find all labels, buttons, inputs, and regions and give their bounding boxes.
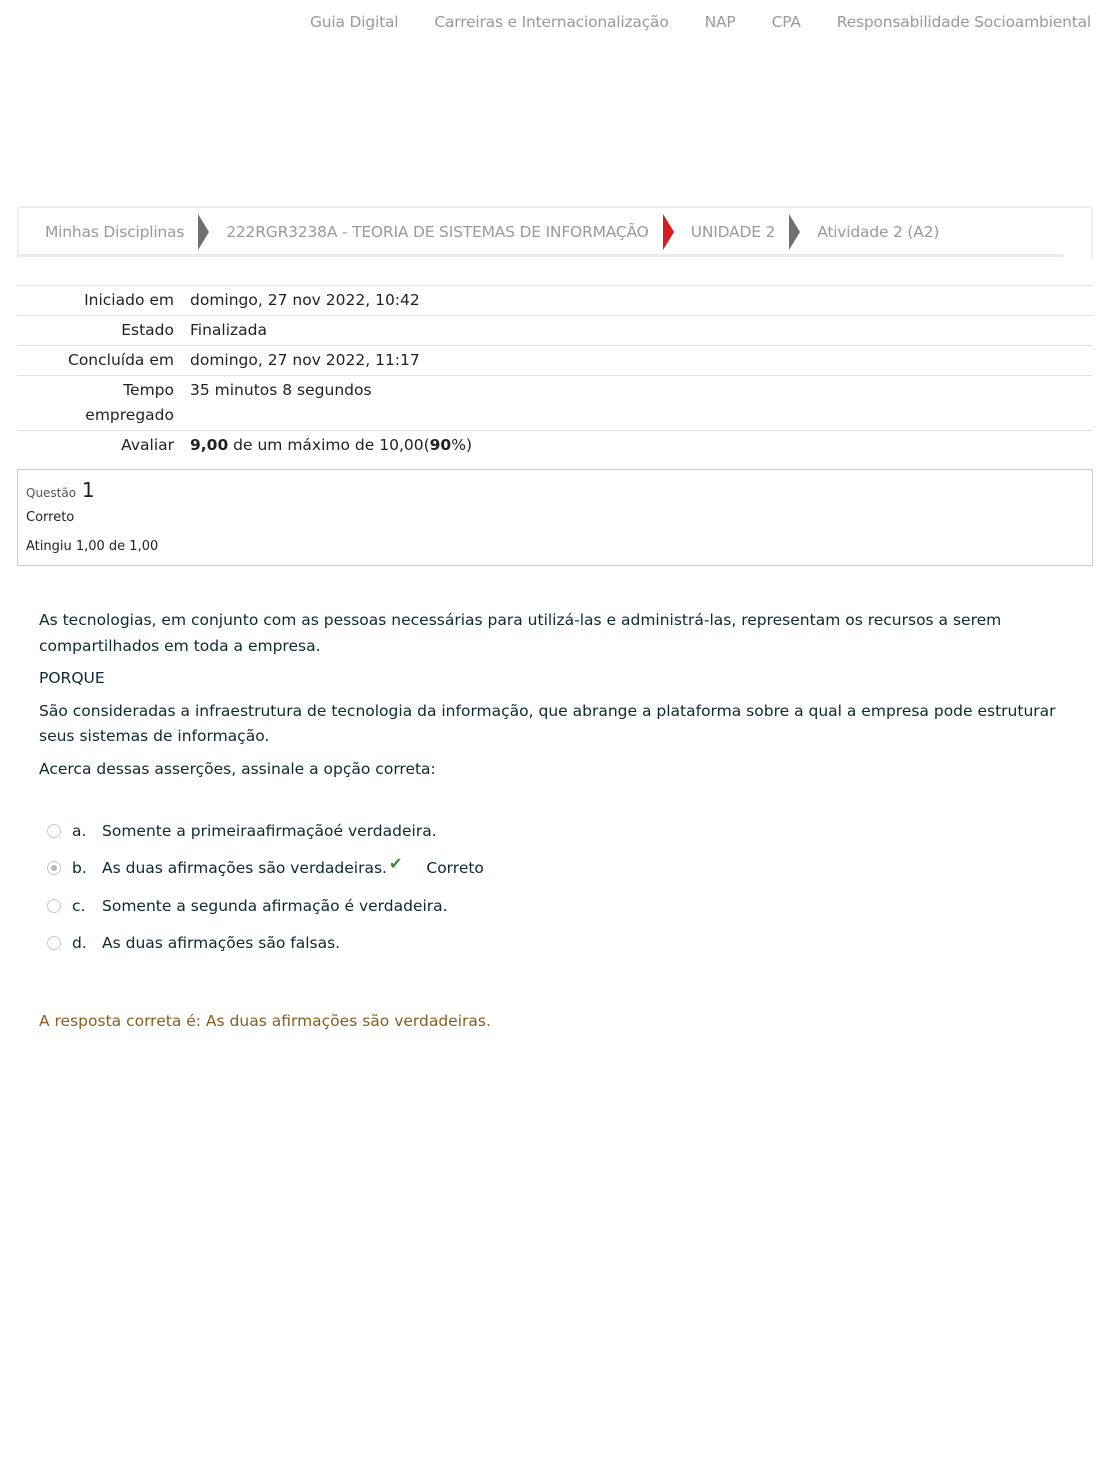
answer-text: Somente a primeiraafirmaçãoé verdadeira. bbox=[102, 822, 437, 840]
grade-score: 9,00 bbox=[190, 436, 228, 454]
state-value: Finalizada bbox=[174, 316, 1093, 346]
answer-option-b[interactable]: b. As duas afirmações são verdadeiras. ✔… bbox=[47, 850, 747, 888]
answer-letter: b. bbox=[72, 859, 102, 877]
breadcrumb-separator-arrow-icon bbox=[789, 214, 800, 250]
breadcrumb-activity[interactable]: Atividade 2 (A2) bbox=[800, 223, 953, 241]
grade-mid: de um máximo de 10,00( bbox=[228, 436, 429, 454]
nav-link-responsabilidade[interactable]: Responsabilidade Socioambiental bbox=[837, 13, 1091, 31]
nav-link-carreiras[interactable]: Carreiras e Internacionalização bbox=[434, 13, 668, 31]
completed-label: Concluída em bbox=[17, 346, 174, 376]
answer-text: Somente a segunda afirmação é verdadeira… bbox=[102, 897, 448, 915]
time-label: Tempoempregado bbox=[17, 376, 174, 431]
summary-row-started: Iniciado em domingo, 27 nov 2022, 10:42 bbox=[17, 286, 1093, 316]
radio-button[interactable] bbox=[47, 936, 61, 950]
question-number-value: 1 bbox=[82, 478, 95, 502]
summary-row-grade: Avaliar 9,00 de um máximo de 10,00(90%) bbox=[17, 431, 1093, 461]
question-info-box: Questão 1 Correto Atingiu 1,00 de 1,00 bbox=[17, 469, 1093, 566]
started-value: domingo, 27 nov 2022, 10:42 bbox=[174, 286, 1093, 316]
nav-link-nap[interactable]: NAP bbox=[705, 13, 736, 31]
summary-row-time: Tempoempregado 35 minutos 8 segundos bbox=[17, 376, 1093, 431]
nav-link-cpa[interactable]: CPA bbox=[772, 13, 801, 31]
question-paragraph: As tecnologias, em conjunto com as pesso… bbox=[39, 608, 1059, 659]
breadcrumb-separator-arrow-icon bbox=[663, 214, 674, 250]
time-label-line2: empregado bbox=[85, 406, 174, 424]
grade-end: %) bbox=[451, 436, 472, 454]
summary-row-state: Estado Finalizada bbox=[17, 316, 1093, 346]
question-text: As tecnologias, em conjunto com as pesso… bbox=[39, 608, 1059, 789]
answer-options: a. Somente a primeiraafirmaçãoé verdadei… bbox=[47, 812, 747, 962]
question-label: Questão bbox=[26, 486, 76, 500]
nav-link-guia-digital[interactable]: Guia Digital bbox=[310, 13, 398, 31]
breadcrumb: Minhas Disciplinas 222RGR3238A - TEORIA … bbox=[28, 212, 953, 252]
question-grade: Atingiu 1,00 de 1,00 bbox=[26, 539, 1084, 554]
answer-option-a[interactable]: a. Somente a primeiraafirmaçãoé verdadei… bbox=[47, 812, 747, 850]
question-number: Questão 1 bbox=[26, 478, 1084, 502]
grade-value: 9,00 de um máximo de 10,00(90%) bbox=[174, 431, 1093, 461]
answer-text: As duas afirmações são falsas. bbox=[102, 934, 340, 952]
grade-percent: 90 bbox=[430, 436, 452, 454]
started-label: Iniciado em bbox=[17, 286, 174, 316]
answer-letter: a. bbox=[72, 822, 102, 840]
answer-option-d[interactable]: d. As duas afirmações são falsas. bbox=[47, 925, 747, 963]
time-label-line1: Tempo bbox=[123, 381, 174, 399]
answer-letter: d. bbox=[72, 934, 102, 952]
answer-letter: c. bbox=[72, 897, 102, 915]
completed-value: domingo, 27 nov 2022, 11:17 bbox=[174, 346, 1093, 376]
breadcrumb-my-courses[interactable]: Minhas Disciplinas bbox=[28, 223, 198, 241]
question-state: Correto bbox=[26, 510, 1084, 525]
checkmark-icon: ✔ bbox=[389, 854, 402, 873]
right-answer-feedback: A resposta correta é: As duas afirmações… bbox=[39, 1012, 491, 1030]
attempt-summary-table: Iniciado em domingo, 27 nov 2022, 10:42 … bbox=[17, 285, 1093, 460]
top-navigation: Guia Digital Carreiras e Internacionaliz… bbox=[274, 10, 1091, 34]
radio-button[interactable] bbox=[47, 899, 61, 913]
question-paragraph: Acerca dessas asserções, assinale a opçã… bbox=[39, 757, 1059, 783]
radio-button[interactable] bbox=[47, 824, 61, 838]
summary-row-completed: Concluída em domingo, 27 nov 2022, 11:17 bbox=[17, 346, 1093, 376]
breadcrumb-unit[interactable]: UNIDADE 2 bbox=[674, 223, 790, 241]
time-value: 35 minutos 8 segundos bbox=[174, 376, 1093, 431]
breadcrumb-course[interactable]: 222RGR3238A - TEORIA DE SISTEMAS DE INFO… bbox=[209, 223, 662, 241]
question-paragraph: PORQUE bbox=[39, 666, 1059, 692]
answer-text: As duas afirmações são verdadeiras. bbox=[102, 859, 387, 877]
question-paragraph: São consideradas a infraestrutura de tec… bbox=[39, 699, 1059, 750]
radio-button-selected[interactable] bbox=[47, 861, 61, 875]
breadcrumb-divider bbox=[17, 254, 1063, 257]
breadcrumb-separator-arrow-icon bbox=[198, 214, 209, 250]
grade-label: Avaliar bbox=[17, 431, 174, 461]
answer-feedback: Correto bbox=[426, 859, 484, 877]
state-label: Estado bbox=[17, 316, 174, 346]
answer-option-c[interactable]: c. Somente a segunda afirmação é verdade… bbox=[47, 887, 747, 925]
